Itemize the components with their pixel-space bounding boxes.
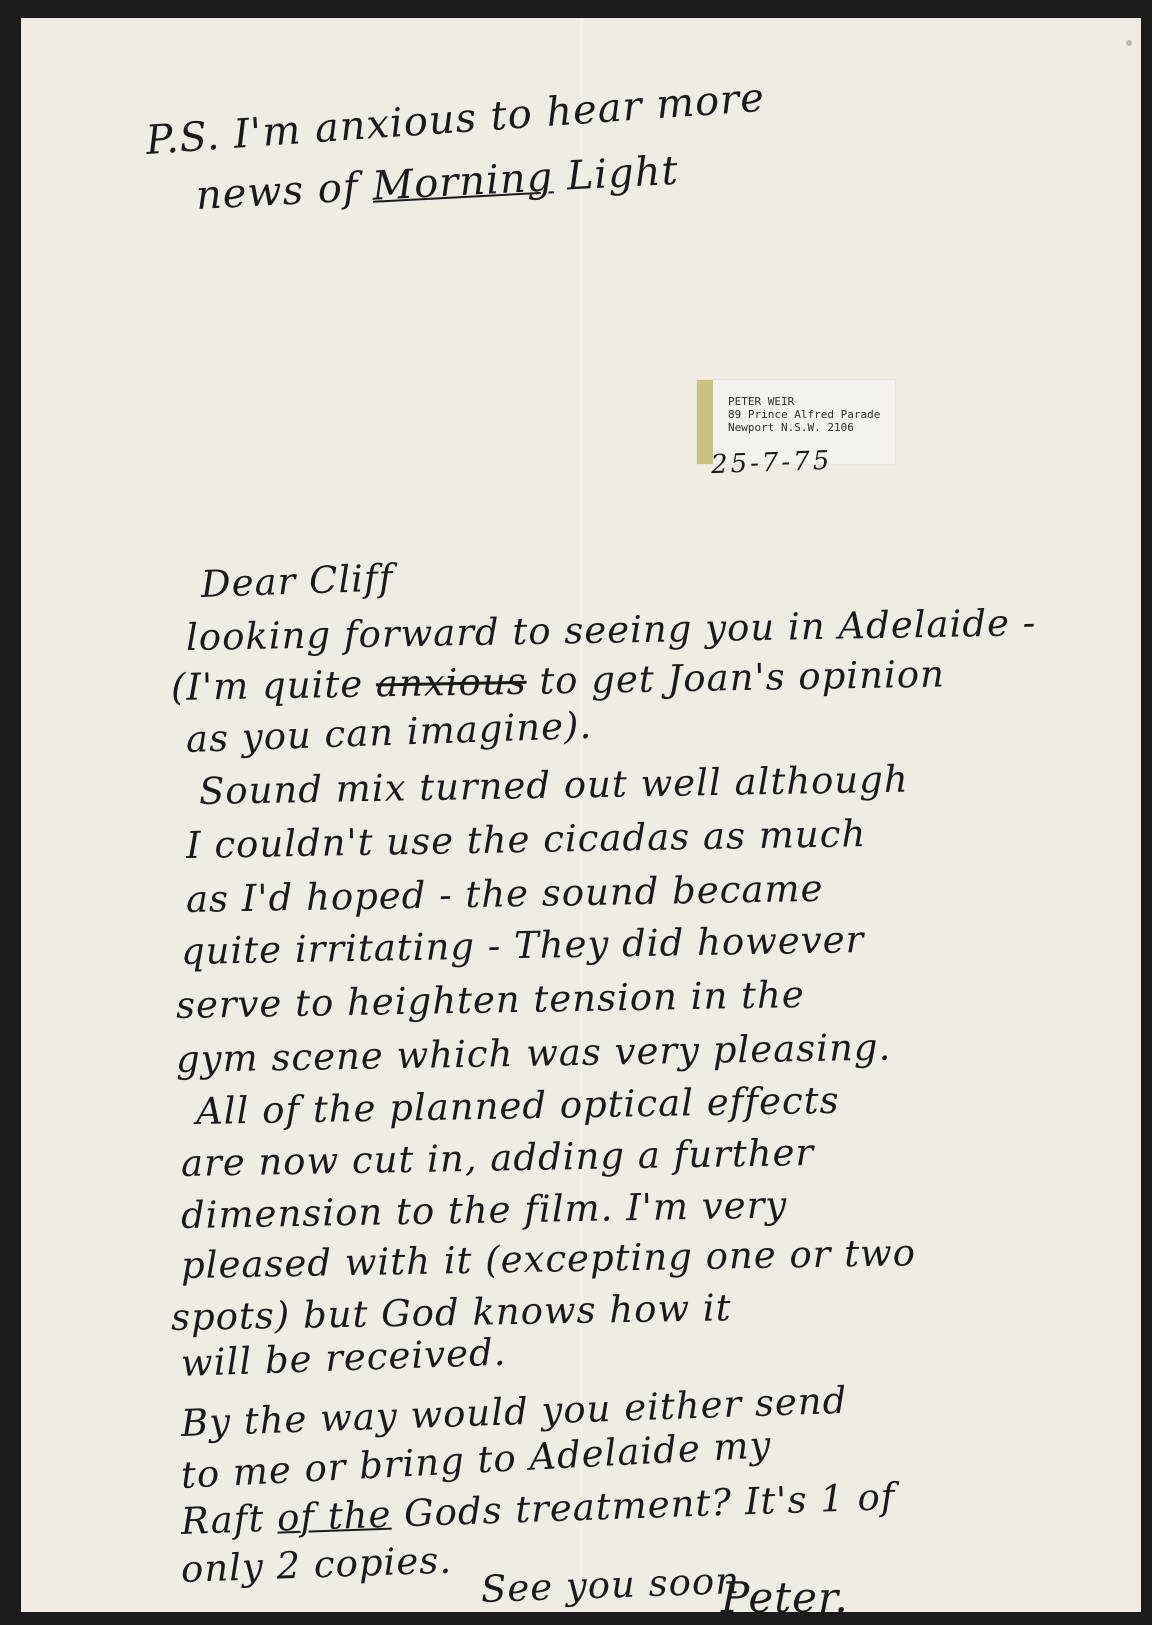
sender-street: 89 Prince Alfred Parade xyxy=(728,408,880,421)
postscript-prefix: news of xyxy=(195,164,374,219)
closing: See you soon xyxy=(480,1559,740,1611)
letter-page: P.S. I'm anxious to hear more news of Mo… xyxy=(21,18,1141,1612)
body-line-12: dimension to the film. I'm very xyxy=(181,1183,788,1237)
body-line-4: Sound mix turned out well although xyxy=(199,758,909,813)
struck-word: anxious xyxy=(376,660,527,706)
postscript-suffix: Light xyxy=(552,148,680,201)
body-line-2: (I'm quite anxious to get Joan's opinion xyxy=(171,652,946,709)
body-line-14: spots) but God knows how it xyxy=(171,1286,732,1339)
letter-date: 25-7-75 xyxy=(711,446,833,480)
label-text: PETER WEIR 89 Prince Alfred Parade Newpo… xyxy=(728,395,880,434)
body-line-18-start: Raft xyxy=(180,1497,265,1543)
sender-city: Newport N.S.W. 2106 xyxy=(728,421,880,434)
body-line-9: gym scene which was very pleasing. xyxy=(176,1026,892,1081)
body-line-2-end: to get Joan's opinion xyxy=(526,652,945,702)
paper-fold-crease xyxy=(581,18,582,1612)
body-line-19: only 2 copies. xyxy=(180,1539,452,1591)
body-line-8: serve to heighten tension in the xyxy=(176,973,805,1027)
signature: Peter. xyxy=(721,1573,849,1622)
body-line-7: quite irritating - They did however xyxy=(181,918,865,973)
body-line-11: are now cut in, adding a further xyxy=(181,1131,815,1185)
underlined-words: of the xyxy=(276,1493,392,1540)
body-line-3: as you can imagine). xyxy=(185,704,593,761)
body-line-1: looking forward to seeing you in Adelaid… xyxy=(186,601,1037,659)
body-line-2-start: (I'm quite xyxy=(171,663,364,709)
body-line-10: All of the planned optical effects xyxy=(196,1079,840,1133)
postscript-underlined-title: Morning xyxy=(371,154,554,209)
body-line-6: as I'd hoped - the sound became xyxy=(186,867,824,921)
corner-mark xyxy=(1126,40,1132,46)
postscript-line-2: news of Morning Light xyxy=(195,148,680,219)
body-line-18-end: Gods treatment? It's 1 of xyxy=(391,1475,897,1536)
salutation: Dear Cliff xyxy=(200,556,394,606)
body-line-15: will be received. xyxy=(180,1331,507,1385)
sender-name: PETER WEIR xyxy=(728,395,880,408)
body-line-13: pleased with it (excepting one or two xyxy=(181,1231,917,1287)
body-line-5: I couldn't use the cicadas as much xyxy=(186,812,867,867)
